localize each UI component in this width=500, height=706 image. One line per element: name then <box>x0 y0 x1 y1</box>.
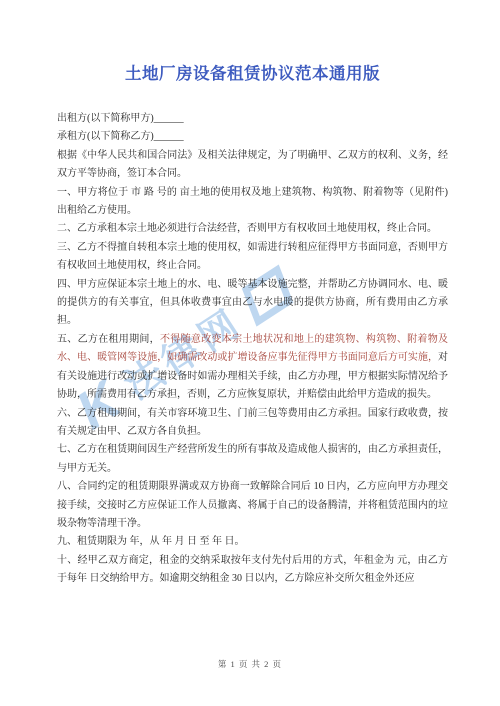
clause-text: 十、经甲乙双方商定，租金的交纳采取按年支付先付后用的方式，年租金为 元，由乙方于… <box>57 555 448 584</box>
clause-text: 六、乙方租用期间，有关市容环境卫生、门前三包等费用由乙方承担。国家行政收费，按有… <box>57 408 448 437</box>
clause-text: 九、租赁期限为 年，从 年 月 日 至 年 日。 <box>57 536 245 547</box>
clause-text: 四、甲方应保证本宗土地上的水、电、暖等基本设施完整，并帮助乙方协调同水、电、暖的… <box>57 279 448 327</box>
clause-text: 承租方(以下简称乙方)______ <box>57 131 184 142</box>
contract-paragraph: 二、乙方承租本宗土地必须进行合法经营，否则甲方有权收回土地使用权，终止合同。 <box>57 220 448 238</box>
clause-text: 七、乙方在租赁期间因生产经营所发生的所有事故及造成他人损害的，由乙方承担责任，与… <box>57 444 448 473</box>
clause-text: 八、合同约定的租赁期限界满或双方协商一致解除合同后 10 日内，乙方应向甲方办理… <box>57 481 448 529</box>
document-page: K 法律网 土地厂房设备租赁协议范本通用版 出租方(以下简称甲方)______承… <box>0 0 500 706</box>
contract-paragraph: 出租方(以下简称甲方)______ <box>57 110 448 128</box>
contract-paragraph: 四、甲方应保证本宗土地上的水、电、暖等基本设施完整，并帮助乙方协调同水、电、暖的… <box>57 276 448 331</box>
page-number: 第 1 页 共 2 页 <box>0 658 500 670</box>
clause-text: 五、乙方在租用期间， <box>57 334 160 345</box>
contract-paragraph: 九、租赁期限为 年，从 年 月 日 至 年 日。 <box>57 533 448 551</box>
contract-paragraph: 十、经甲乙双方商定，租金的交纳采取按年支付先付后用的方式，年租金为 元，由乙方于… <box>57 552 448 589</box>
contract-body: 出租方(以下简称甲方)______承租方(以下简称乙方)______根据《中华人… <box>57 110 448 589</box>
document-title: 土地厂房设备租赁协议范本通用版 <box>57 60 448 84</box>
contract-paragraph: 一、甲方将位于 市 路 号的 亩土地的使用权及地上建筑物、构筑物、附着物等（见附… <box>57 184 448 221</box>
contract-paragraph: 根据《中华人民共和国合同法》及相关法律规定，为了明确甲、乙双方的权利、义务，经双… <box>57 147 448 184</box>
clause-text: 二、乙方承租本宗土地必须进行合法经营，否则甲方有权收回土地使用权，终止合同。 <box>57 223 437 234</box>
clause-text: 根据《中华人民共和国合同法》及相关法律规定，为了明确甲、乙双方的权利、义务，经双… <box>57 150 448 179</box>
contract-paragraph: 承租方(以下简称乙方)______ <box>57 128 448 146</box>
contract-paragraph: 五、乙方在租用期间，不得随意改变本宗土地状况和地上的建筑物、构筑物、附着物及水、… <box>57 331 448 405</box>
contract-paragraph: 八、合同约定的租赁期限界满或双方协商一致解除合同后 10 日内，乙方应向甲方办理… <box>57 478 448 533</box>
clause-text: 一、甲方将位于 市 路 号的 亩土地的使用权及地上建筑物、构筑物、附着物等（见附… <box>57 187 448 216</box>
clause-text: 出租方(以下简称甲方)______ <box>57 113 184 124</box>
clause-text: 三、乙方不得擅自转租本宗土地的使用权，如需进行转租应征得甲方书面同意，否则甲方有… <box>57 242 448 271</box>
contract-paragraph: 三、乙方不得擅自转租本宗土地的使用权，如需进行转租应征得甲方书面同意，否则甲方有… <box>57 239 448 276</box>
contract-paragraph: 七、乙方在租赁期间因生产经营所发生的所有事故及造成他人损害的，由乙方承担责任，与… <box>57 441 448 478</box>
contract-paragraph: 六、乙方租用期间，有关市容环境卫生、门前三包等费用由乙方承担。国家行政收费，按有… <box>57 405 448 442</box>
